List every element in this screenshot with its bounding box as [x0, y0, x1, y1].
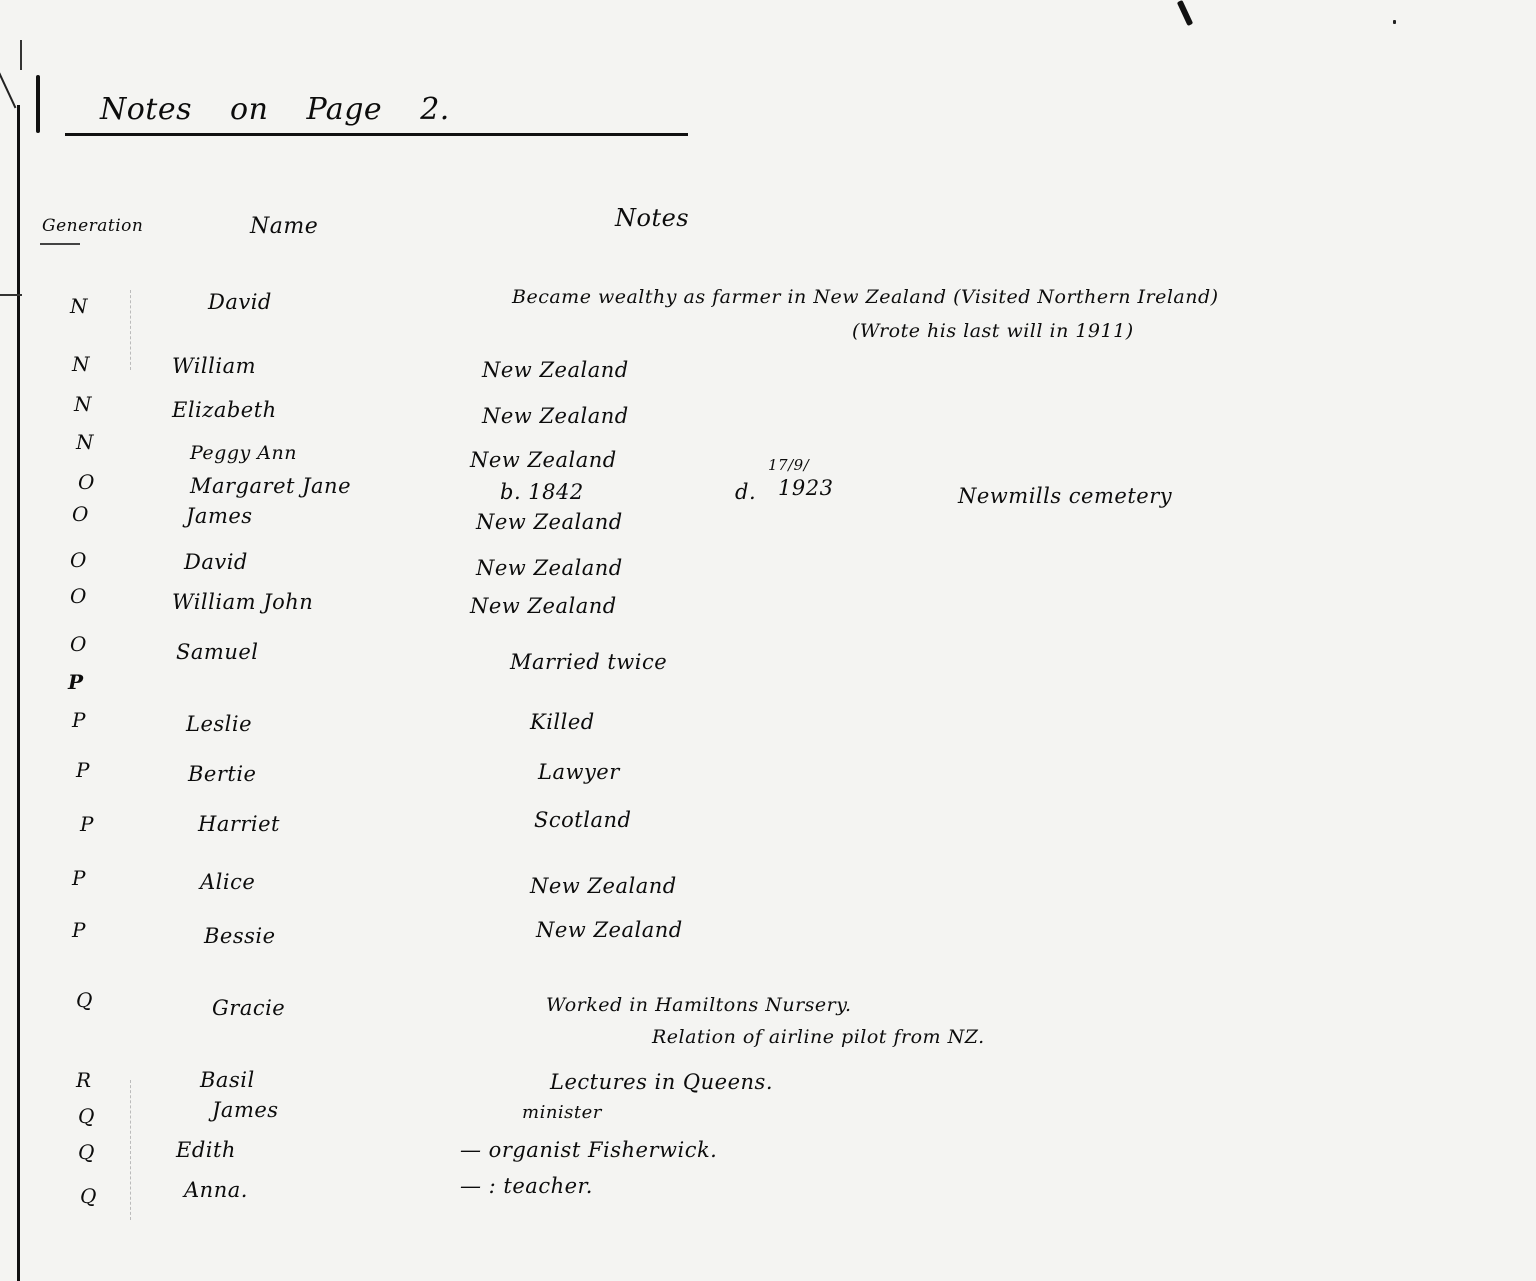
generation-cell: N: [76, 430, 94, 454]
name-cell: David: [184, 550, 248, 574]
name-cell: David: [208, 290, 272, 314]
generation-cell: Q: [78, 1104, 95, 1128]
corner-ink-mark: [1177, 0, 1193, 26]
notes-cell: New Zealand: [530, 874, 677, 898]
name-cell: Harriet: [198, 812, 280, 836]
crossed-out-mark: P: [68, 670, 84, 694]
margin-mark: [0, 67, 16, 109]
generation-cell: O: [70, 584, 87, 608]
generation-cell: O: [78, 470, 95, 494]
notes-cell: Lectures in Queens.: [550, 1070, 773, 1094]
generation-cell: O: [70, 632, 87, 656]
death-label: d.: [735, 480, 756, 504]
margin-mark: [20, 40, 22, 70]
name-cell: Leslie: [186, 712, 252, 736]
notes-cell-line2: (Wrote his last will in 1911): [852, 320, 1134, 342]
page-title: Notes on Page 2.: [100, 92, 450, 127]
notes-cell: New Zealand: [470, 594, 617, 618]
notes-cell: minister: [522, 1102, 602, 1123]
column-header-name: Name: [250, 214, 318, 239]
name-cell: Bertie: [188, 762, 256, 786]
generation-cell: O: [70, 548, 87, 572]
notes-cell: New Zealand: [482, 404, 629, 428]
column-divider: [130, 1080, 132, 1220]
notes-cell-line2: Relation of airline pilot from NZ.: [652, 1026, 985, 1048]
notes-cell: New Zealand: [536, 918, 683, 942]
name-cell: Gracie: [212, 996, 285, 1020]
title-underline: [65, 133, 688, 136]
name-cell: Margaret Jane: [190, 474, 351, 498]
name-cell: Elizabeth: [172, 398, 277, 422]
generation-cell: Q: [80, 1184, 97, 1208]
notes-cell: Worked in Hamiltons Nursery.: [546, 994, 852, 1016]
notes-cell: Lawyer: [538, 760, 620, 784]
generation-cell: P: [72, 918, 86, 942]
generation-cell: N: [74, 392, 92, 416]
margin-mark: [0, 294, 22, 296]
column-header-generation: Generation: [42, 216, 143, 236]
notes-cell: Married twice: [510, 650, 667, 674]
page-edge-line: [17, 105, 20, 1281]
notes-cell: New Zealand: [470, 448, 617, 472]
name-cell: James: [186, 504, 253, 528]
name-cell: James: [212, 1098, 279, 1122]
generation-cell: P: [72, 866, 86, 890]
generation-cell: P: [72, 708, 86, 732]
death-year: 1923: [778, 476, 833, 500]
notes-cell: New Zealand: [476, 556, 623, 580]
generation-cell: Q: [76, 988, 93, 1012]
generation-cell: P: [76, 758, 90, 782]
column-header-notes: Notes: [615, 204, 689, 232]
margin-bracket: [36, 75, 40, 133]
notes-cell: Scotland: [534, 808, 631, 832]
death-day-month: 17/9/: [768, 456, 809, 474]
notes-cell: New Zealand: [482, 358, 629, 382]
generation-cell: N: [70, 294, 88, 318]
generation-cell: N: [72, 352, 90, 376]
generation-cell: P: [80, 812, 94, 836]
burial-place: Newmills cemetery: [958, 484, 1172, 508]
name-cell: Samuel: [176, 640, 259, 664]
column-divider: [130, 290, 132, 370]
name-cell: Basil: [200, 1068, 255, 1092]
name-cell: Anna.: [184, 1178, 248, 1202]
name-cell: Edith: [176, 1138, 236, 1162]
name-cell: Bessie: [204, 924, 276, 948]
generation-cell: R: [76, 1068, 92, 1092]
name-cell: Peggy Ann: [190, 442, 297, 464]
ink-speck: [1393, 20, 1396, 24]
generation-cell: Q: [78, 1140, 95, 1164]
generation-cell: O: [72, 502, 89, 526]
notes-cell: Killed: [530, 710, 595, 734]
name-cell: William John: [172, 590, 313, 614]
name-cell: William: [172, 354, 256, 378]
notes-cell: — : teacher.: [460, 1174, 593, 1198]
notes-cell: Became wealthy as farmer in New Zealand …: [512, 286, 1219, 308]
notes-cell: — organist Fisherwick.: [460, 1138, 717, 1162]
name-cell: Alice: [200, 870, 255, 894]
column-header-underline: [40, 243, 80, 245]
birth-date: b. 1842: [500, 480, 584, 504]
notes-cell: New Zealand: [476, 510, 623, 534]
